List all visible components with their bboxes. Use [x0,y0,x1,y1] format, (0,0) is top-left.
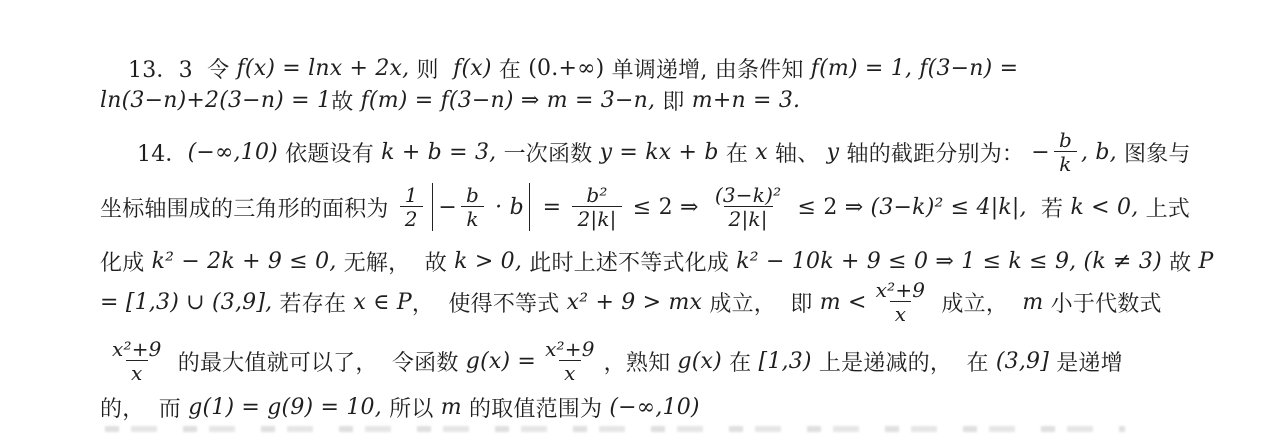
math-run: k² − 10k + 9 ≤ 0 ⇒ 1 ≤ k ≤ 9, (k ≠ 3) [736,249,1162,274]
text-run: 即 [655,85,692,116]
solution-line-13a: 13．3 令 f(x) = lnx + 2x, 则 f(x) 在 (0.+∞) … [128,50,1018,86]
fraction-denominator: x [890,301,911,326]
text-run: 在 [722,346,759,377]
math-run: x² + 9 > mx [567,290,703,315]
math-run: m+n = 3. [692,88,800,113]
math-run: k > 0, [454,249,522,274]
math-run: m [441,395,462,420]
solution-line-14f: 的， 而 g(1) = g(9) = 10, 所以 m 的取值范围为 (−∞,1… [100,390,700,424]
text-run: 依题设有 [278,137,381,168]
math-run: g(x) [677,349,721,374]
text-run: 所以 [382,392,441,423]
cutoff-text-remnant [105,426,1125,432]
fraction-denominator: 2 [400,206,423,231]
text-run: 的， 而 [100,392,188,423]
fraction-numerator: x²+9 [107,338,167,360]
solution-line-14d: = [1,3) ∪ (3,9], 若存在 x ∈ P， 使得不等式 x² + 9… [100,276,1162,328]
solution-line-14b: 坐标轴围成的三角形的面积为 12−bk · b = b²2|k| ≤ 2 ⇒ (… [100,178,1190,236]
math-run: f(x) [453,56,492,81]
text-run: 上式 [1138,192,1190,223]
math-run: 14． [137,137,188,168]
math-run: = [535,195,568,220]
fraction-numerator: b [461,184,484,206]
text-run: 一次函数 [496,137,599,168]
text-run: ， 使得不等式 [412,287,567,318]
solution-line-14c: 化成 k² − 2k + 9 ≤ 0, 无解， 故 k > 0, 此时上述不等式… [100,243,1213,279]
math-solution-document: 13．3 令 f(x) = lnx + 2x, 则 f(x) 在 (0.+∞) … [0,0,1265,434]
text-run: 化成 [100,246,152,277]
fraction: b²2|k| [572,184,621,231]
fraction-denominator: 2|k| [724,206,773,231]
math-run: (3,9] [996,349,1049,374]
math-run: , b, [1081,140,1117,165]
math-run: · b [488,195,524,220]
fraction: x²+9x [540,338,600,385]
text-run: 若 [1027,192,1071,223]
fraction-denominator: 2|k| [572,206,621,231]
fraction: 12 [400,184,423,231]
text-run: 则 [409,53,453,84]
solution-line-14e: x²+9x 的最大值就可以了， 令函数 g(x) =x²+9x，熟知 g(x) … [103,334,1123,388]
solution-line-14a: 14．(−∞,10) 依题设有 k + b = 3, 一次函数 y = kx +… [137,126,1191,178]
absolute-value-bar [529,183,531,231]
fraction-denominator: x [126,360,147,385]
math-run: x [755,140,768,165]
math-run: 13．3 [128,53,207,84]
text-run: ，熟知 [604,346,678,377]
fraction: x²+9x [107,338,167,385]
fraction-numerator: 1 [400,184,423,206]
fraction-numerator: (3−k)² [710,184,786,206]
math-run: f(m) = 1, f(3−n) = [811,56,1019,81]
text-run: 轴、 [768,137,827,168]
math-run: P [1198,249,1213,274]
math-run: y [827,140,840,165]
math-run: k² − 2k + 9 ≤ 0, [152,249,337,274]
text-run: 故 [331,85,353,116]
fraction-denominator: x [559,360,580,385]
math-run: g(1) = g(9) = 10, [188,395,382,420]
math-run: − [1031,140,1050,165]
fraction: x²+9x [871,279,931,326]
fraction-numerator: b [1054,129,1077,151]
math-run: x ∈ P [353,290,411,315]
text-run: 成立， [934,287,1022,318]
math-run: ≤ 2 ⇒ [790,195,870,220]
text-run: 在 [719,137,756,168]
math-run: m < [820,290,867,315]
math-run: (−∞,10) [188,140,278,165]
text-run: 小于代数式 [1043,287,1161,318]
text-run: 单调递增, 由条件知 [604,53,810,84]
text-run: 令 [207,53,236,84]
math-run: y = kx + b [600,140,719,165]
text-run: 此时上述不等式化成 [522,246,736,277]
text-run: 图象与 [1117,137,1191,168]
fraction: bk [1054,129,1077,176]
absolute-value-bar [432,183,434,231]
fraction-numerator: x²+9 [871,279,931,301]
text-run: 的最大值就可以了， 令函数 [171,346,466,377]
fraction-denominator: k [461,206,483,231]
fraction-numerator: x²+9 [540,338,600,360]
math-run: g(x) = [466,349,536,374]
fraction-denominator: k [1054,151,1076,176]
text-run: 是递增 [1049,346,1123,377]
math-run: − [438,195,457,220]
math-run: k < 0, [1070,195,1138,220]
math-run: (3−k)² ≤ 4|k|, [871,195,1027,220]
text-run: 成立， 即 [702,287,820,318]
math-run: = [1,3) ∪ (3,9], [100,290,272,315]
math-run: (−∞,10) [609,395,699,420]
math-run: ln(3−n)+2(3−n) = 1 [100,88,331,113]
text-run: 上是递减的， 在 [812,346,996,377]
solution-line-13b: ln(3−n)+2(3−n) = 1故 f(m) = f(3−n) ⇒ m = … [100,84,800,116]
text-run: 坐标轴围成的三角形的面积为 [100,192,396,223]
fraction-numerator: b² [581,184,612,206]
fraction: bk [461,184,484,231]
math-run: (0.+∞) [528,56,604,81]
fraction: (3−k)²2|k| [710,184,786,231]
math-run: ≤ 2 ⇒ [626,195,706,220]
math-run: f(m) = f(3−n) ⇒ m = 3−n, [353,88,655,113]
text-run: 若存在 [272,287,353,318]
text-run: 故 [1162,246,1199,277]
math-run: m [1022,290,1043,315]
text-run: 轴的截距分别为： [839,137,1031,168]
text-run: 的取值范围为 [462,392,610,423]
math-run: f(x) = lnx + 2x, [237,56,410,81]
text-run: 无解， 故 [337,246,455,277]
math-run: [1,3) [759,349,812,374]
math-run: k + b = 3, [381,140,496,165]
text-run: 在 [492,53,529,84]
